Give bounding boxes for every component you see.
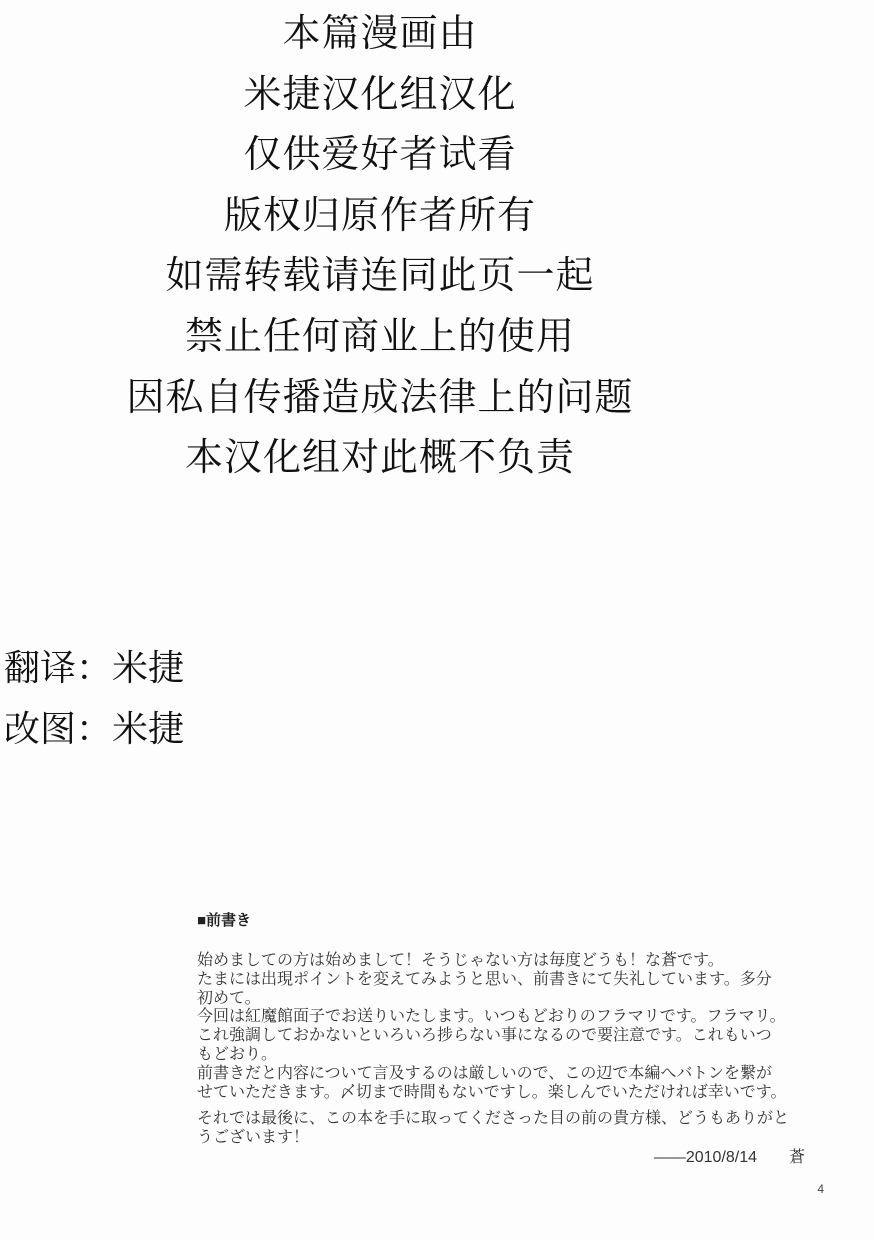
preface-line: それでは最後に、この本を手に取ってくださった目の前の貴方様、どうもありがと (197, 1110, 837, 1129)
page-number: 4 (817, 1182, 824, 1196)
preface-line: たまには出現ポイントを変えてみようと思い、前書きにて失礼しています。多分 (197, 971, 837, 990)
preface-line: せていただきます。〆切まで時間もないですし。楽しんでいただければ幸いです。 (197, 1084, 837, 1103)
disclaimer-line: 本篇漫画由 (0, 4, 760, 65)
disclaimer-line: 禁止任何商业上的使用 (0, 307, 760, 368)
preface-body: 始めましての方は始めまして！そうじゃない方は毎度どうも！な蒼です。 たまには出現… (197, 952, 837, 1102)
disclaimer-line: 仅供爱好者试看 (0, 125, 760, 186)
disclaimer-line: 版权归原作者所有 (0, 186, 760, 247)
disclaimer-line: 因私自传播造成法律上的问题 (0, 368, 760, 429)
preface-line: 前書きだと内容について言及するのは厳しいので、この辺で本編へバトンを繋が (197, 1065, 837, 1084)
preface-line: もどおり。 (197, 1046, 837, 1065)
preface-line: 今回は紅魔館面子でお送りいたします。いつもどおりのフラマリです。フラマリ。 (197, 1008, 837, 1027)
editor-credit: 改图：米捷 (4, 698, 184, 759)
preface-line: うございます！ (197, 1129, 837, 1148)
disclaimer-block: 本篇漫画由 米捷汉化组汉化 仅供爱好者试看 版权归原作者所有 如需转载请连同此页… (0, 4, 760, 489)
preface-line: 初めて。 (197, 990, 837, 1009)
scanlation-credits-page: 本篇漫画由 米捷汉化组汉化 仅供爱好者试看 版权归原作者所有 如需转载请连同此页… (0, 0, 874, 1240)
translator-credit: 翻译：米捷 (4, 637, 184, 698)
preface-closing: それでは最後に、この本を手に取ってくださった目の前の貴方様、どうもありがと うご… (197, 1110, 837, 1148)
preface-line: これ強調しておかないといろいろ捗らない事になるので要注意です。これもいつ (197, 1027, 837, 1046)
disclaimer-line: 米捷汉化组汉化 (0, 65, 760, 126)
disclaimer-line: 如需转载请连同此页一起 (0, 246, 760, 307)
preface-heading: ■前書き (197, 911, 837, 930)
credits-block: 翻译：米捷 改图：米捷 (4, 637, 184, 759)
preface-block: ■前書き 始めましての方は始めまして！そうじゃない方は毎度どうも！な蒼です。 た… (197, 911, 837, 1167)
preface-line: 始めましての方は始めまして！そうじゃない方は毎度どうも！な蒼です。 (197, 952, 837, 971)
preface-signature: ——2010/8/14 蒼 (197, 1148, 837, 1167)
disclaimer-line: 本汉化组对此概不负责 (0, 428, 760, 489)
